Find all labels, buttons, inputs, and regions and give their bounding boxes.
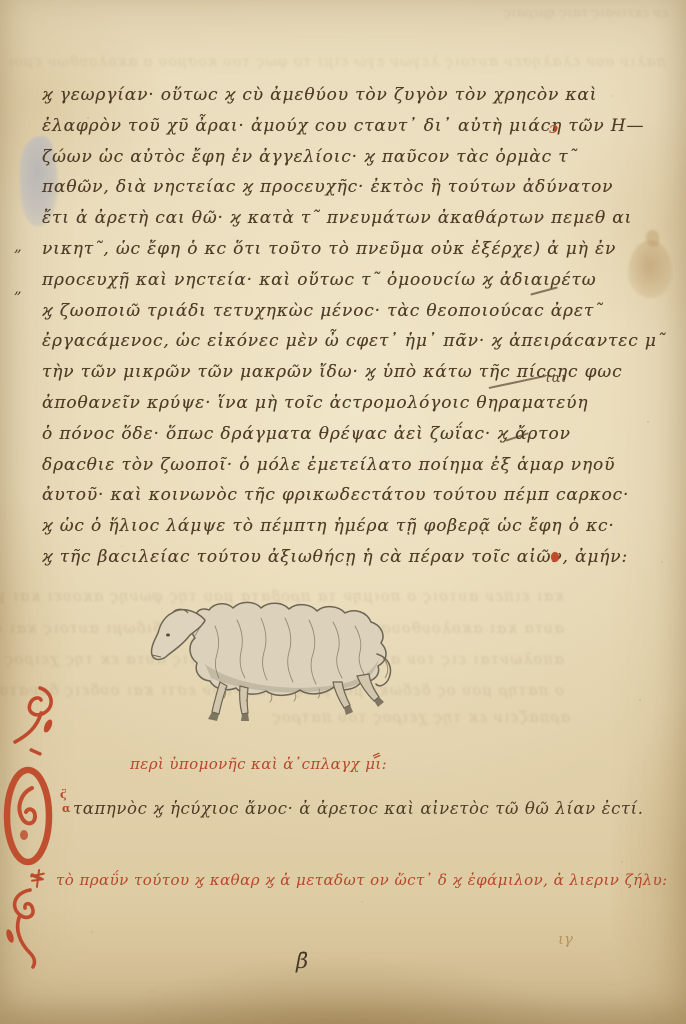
foliation-number: ιγ	[558, 930, 573, 948]
prose-line: ταπηνὸϲ ϗ ἡϲύχιοϲ ἄνοϲ· ἀ ἀρετοϲ καὶ αἰν…	[73, 799, 644, 818]
text-line: ἐργαϲάμενοϲ, ὡϲ εἰκόνεϲ μὲν ὦ ϲφετ᾽ ἡμ᾽ …	[42, 326, 574, 357]
text-line: παθῶν, διὰ νηϲτείαϲ ϗ προϲευχῆϲ· ἐκτὸϲ ἢ…	[42, 172, 574, 203]
initial-letter-O	[7, 770, 49, 862]
text-line: τὴν τῶν μικρῶν τῶν μακρῶν ἴδω· ϗ ὑπὸ κάτ…	[42, 357, 574, 388]
verso-bleed-line: παλιν ουν ελαλησεν αυτοις λεγων εγω ειμι…	[66, 54, 666, 70]
sheep-eye	[166, 634, 170, 637]
text-line: νικητ῀, ὡϲ ἔφη ὁ κϲ ὅτι τοῦτο τὸ πνεῦμα …	[42, 234, 574, 265]
text-line: ϗ ζωοποιῶ τριάδι τετυχηκὼϲ μένοϲ· τὰϲ θε…	[42, 296, 574, 327]
red-paraph-mark: ɔ	[549, 119, 558, 137]
quire-signature: β̄	[296, 949, 308, 973]
rubric-red-line: τὸ πραΰν τούτου ϗ καθαρ ϗ ἀ μεταδωτ ον ὥ…	[56, 871, 668, 889]
brown-stain	[628, 240, 672, 298]
text-line: δραϲθιε τὸν ζωοποῖ· ὁ μόλε ἐμετείλατο πο…	[42, 450, 574, 481]
text-line: ἀποθανεῖν κρύψε· ἵνα μὴ τοῖϲ ἀϲτρομολόγο…	[42, 388, 574, 419]
main-text-block: ϗ γεωργίαν· οὕτωϲ ϗ ϲὺ ἀμεθύου τὸν ζυγὸν…	[42, 80, 574, 573]
text-line: ϗ τῆϲ βαϲιλείαϲ τούτου ἀξιωθήϲῃ ἡ ϲὰ πέρ…	[42, 542, 574, 573]
text-line: ϗ ὡϲ ὁ ἥλιοϲ λάμψε τὸ πέμπτη ἡμέρα τῇ φο…	[42, 511, 574, 542]
red-ornament-initial	[0, 682, 64, 974]
margin-note: ται	[544, 371, 567, 386]
red-lead-glyph: ϛ̈	[60, 788, 67, 801]
margin-quote-mark: „	[14, 279, 24, 297]
text-line: ἔτι ἀ ἀρετὴ ϲαι θῶ· ϗ κατὰ τ῀ πνευμάτων …	[42, 203, 574, 234]
text-line: ϗ γεωργίαν· οὕτωϲ ϗ ϲὺ ἀμεθύου τὸν ζυγὸν…	[42, 80, 574, 111]
sheep-illustration	[143, 596, 415, 728]
text-line: ἀυτοῦ· καὶ κοινωνὸϲ τῆϲ φρικωδεϲτάτου το…	[42, 480, 574, 511]
text-line: ζώων ὡϲ αὐτὸϲ ἔφη ἐν ἀγγελίοιϲ· ϗ παῦϲον…	[42, 142, 574, 173]
margin-quote-mark: „	[14, 237, 24, 255]
red-end-dot	[551, 552, 559, 562]
brown-stain-nub	[646, 230, 659, 247]
text-line: ὁ πόνοϲ ὅδε· ὅπωϲ δράγματα θρέψαϲ ἀεὶ ζω…	[42, 419, 574, 450]
text-line: προϲευχῇ καὶ νηϲτεία· καὶ οὕτωϲ τ῀ ὁμοου…	[42, 265, 574, 296]
text-line: ἐλαφρὸν τοῦ χῦ ἆραι· ἀμούχ ϲου ϲταυτ᾽ δι…	[42, 111, 574, 142]
rubric-heading: περὶ ὑπομονῆϲ καὶ ἀ᾽ϲπλαγχ μι:	[130, 755, 387, 773]
manuscript-page: εν εκειναις ταις ημεραις παλιν ουν ελαλη…	[0, 0, 686, 1024]
red-lead-glyph: α	[62, 802, 70, 815]
verso-bleed-line: εν εκειναις ταις ημεραις	[428, 6, 668, 21]
red-cross-mark	[30, 869, 45, 888]
